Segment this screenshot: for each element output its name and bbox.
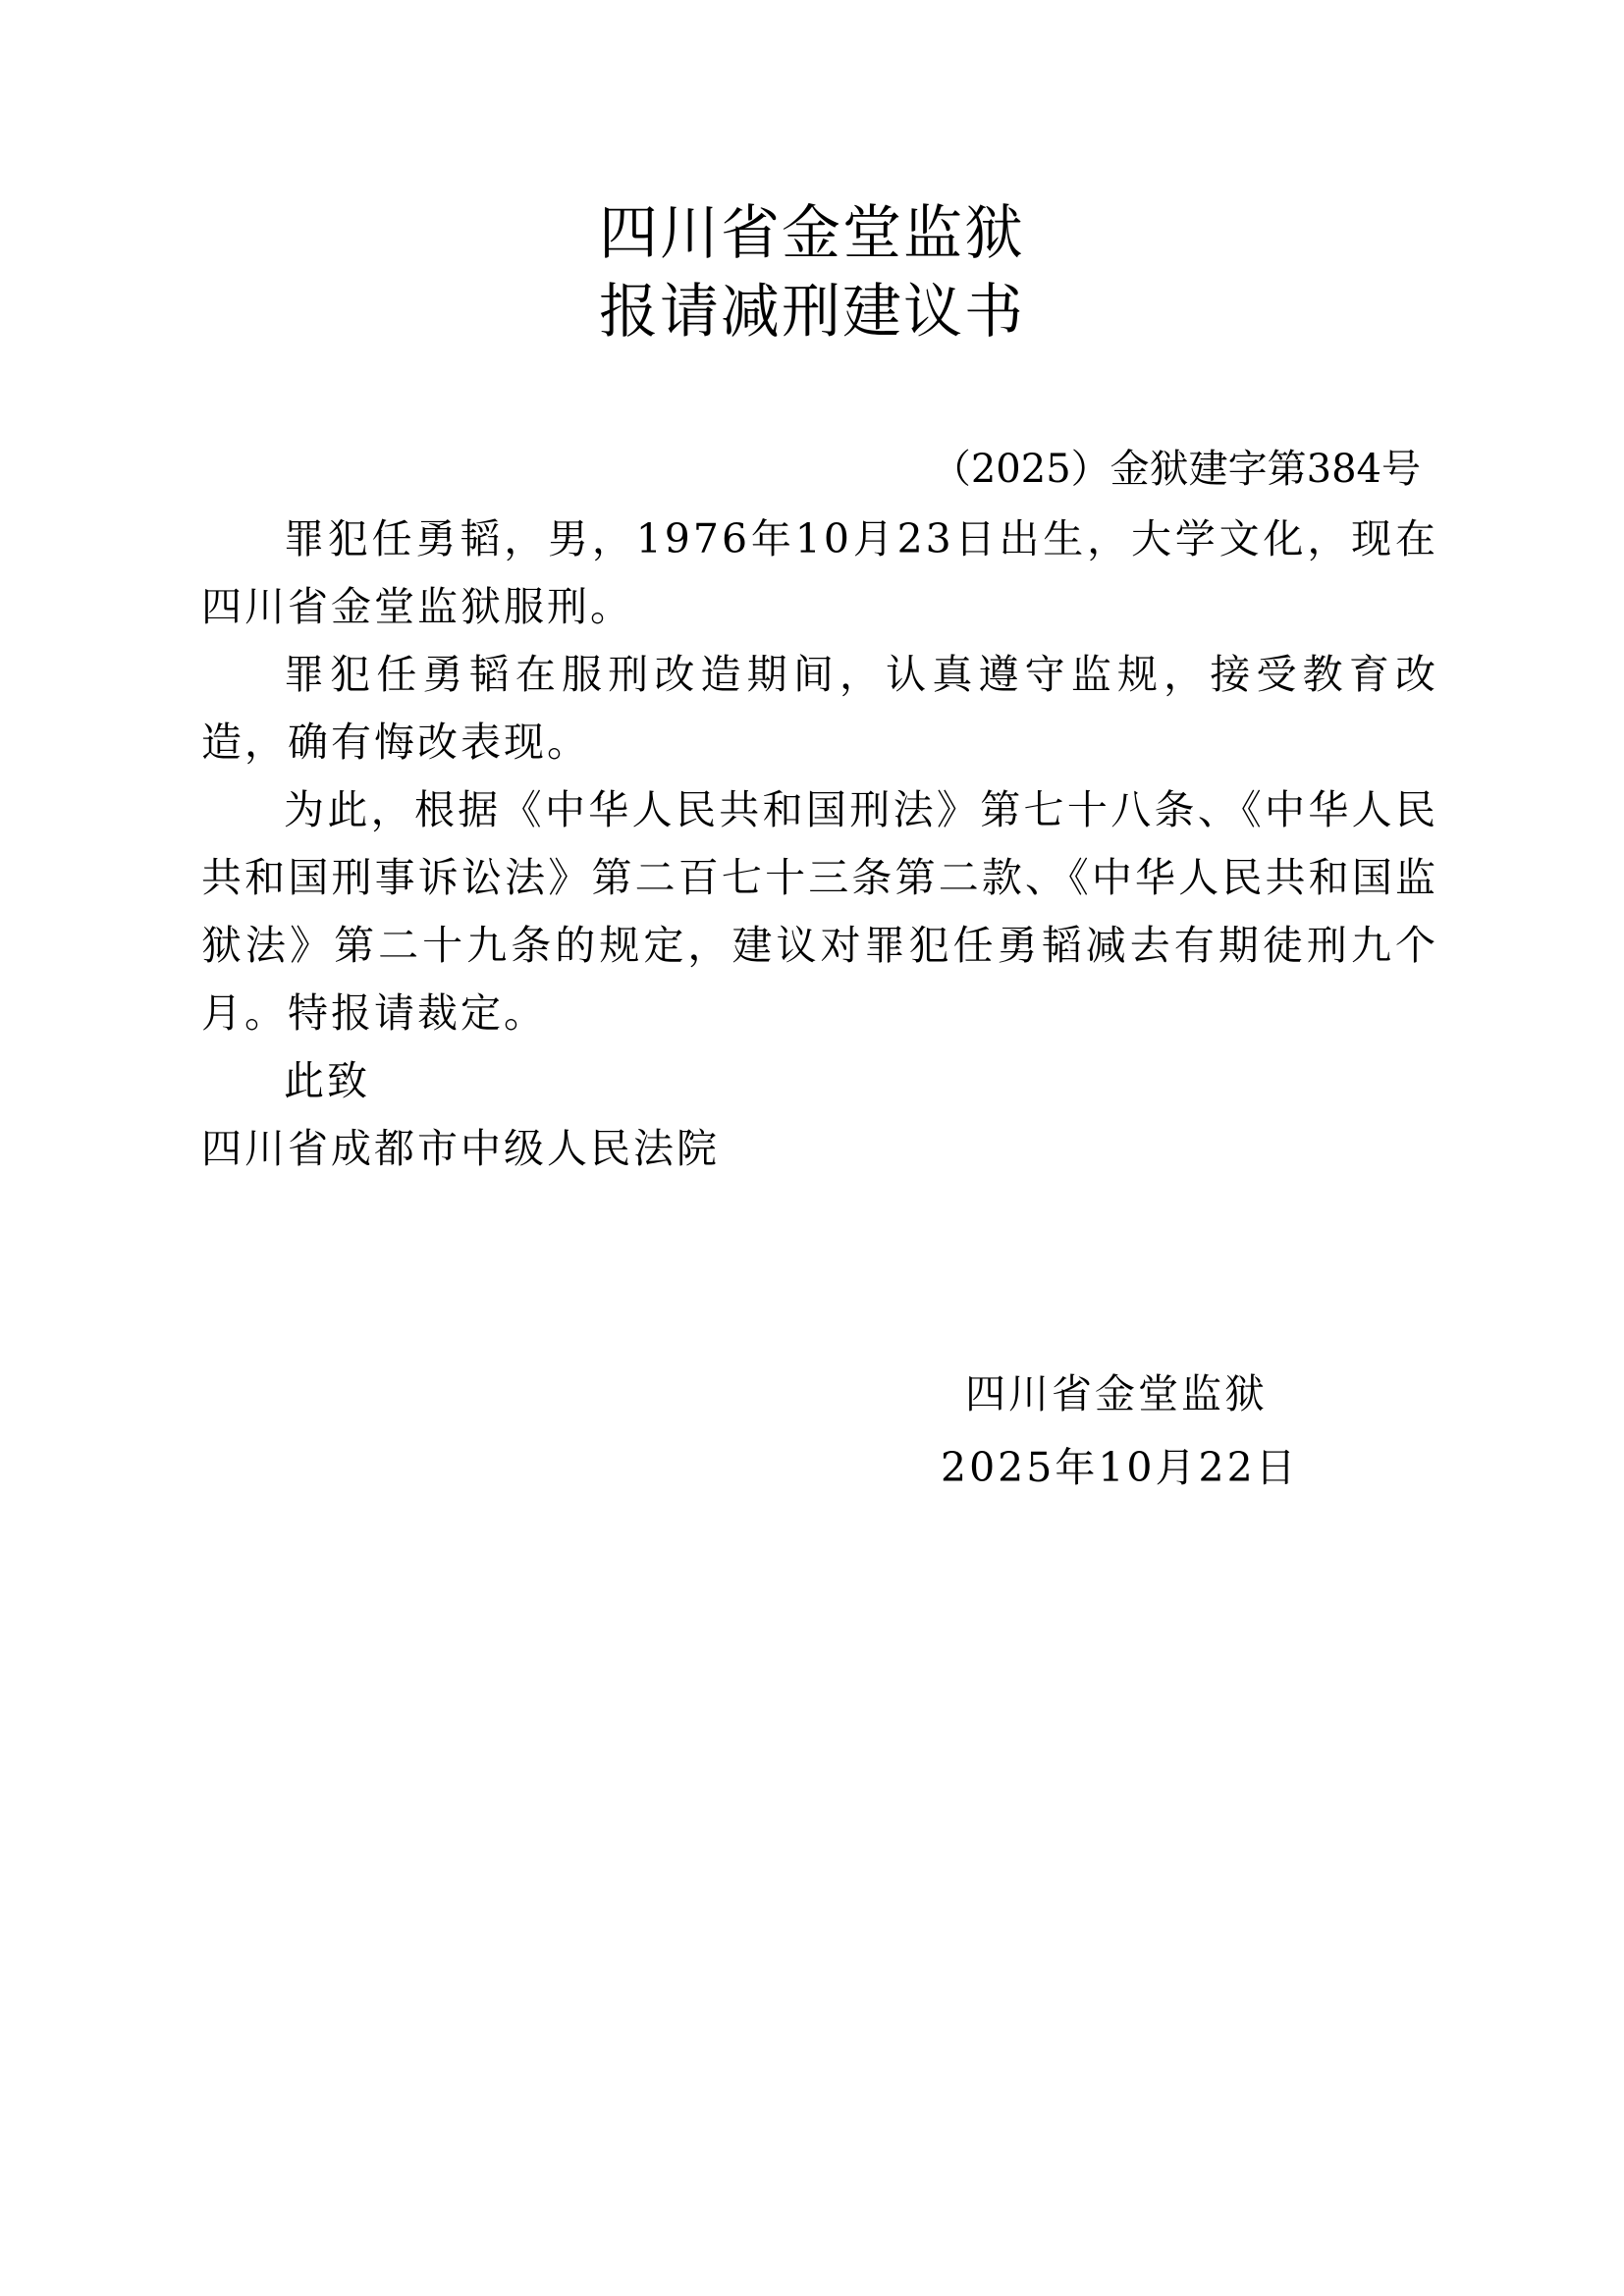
document-title-line2: 报请减刑建议书 (0, 273, 1624, 351)
signature-date: 2025年10月22日 (941, 1440, 1299, 1495)
document-body: 罪犯任勇韬，男，1976年10月23日出生，大学文化，现在四川省金堂监狱服刑。 … (201, 506, 1438, 1183)
reference-number: （2025）金狱建字第384号 (932, 442, 1421, 497)
paragraph-salutation: 此致 (201, 1047, 1438, 1115)
recipient: 四川省成都市中级人民法院 (201, 1115, 1438, 1183)
paragraph-offender-info: 罪犯任勇韬，男，1976年10月23日出生，大学文化，现在四川省金堂监狱服刑。 (201, 506, 1438, 641)
paragraph-legal-basis: 为此，根据《中华人民共和国刑法》第七十八条、《中华人民共和国刑事诉讼法》第二百七… (201, 776, 1438, 1047)
signature-issuer: 四川省金堂监狱 (965, 1366, 1268, 1421)
paragraph-conduct: 罪犯任勇韬在服刑改造期间，认真遵守监规，接受教育改造，确有悔改表现。 (201, 641, 1438, 776)
document-title-line1: 四川省金堂监狱 (0, 194, 1624, 273)
